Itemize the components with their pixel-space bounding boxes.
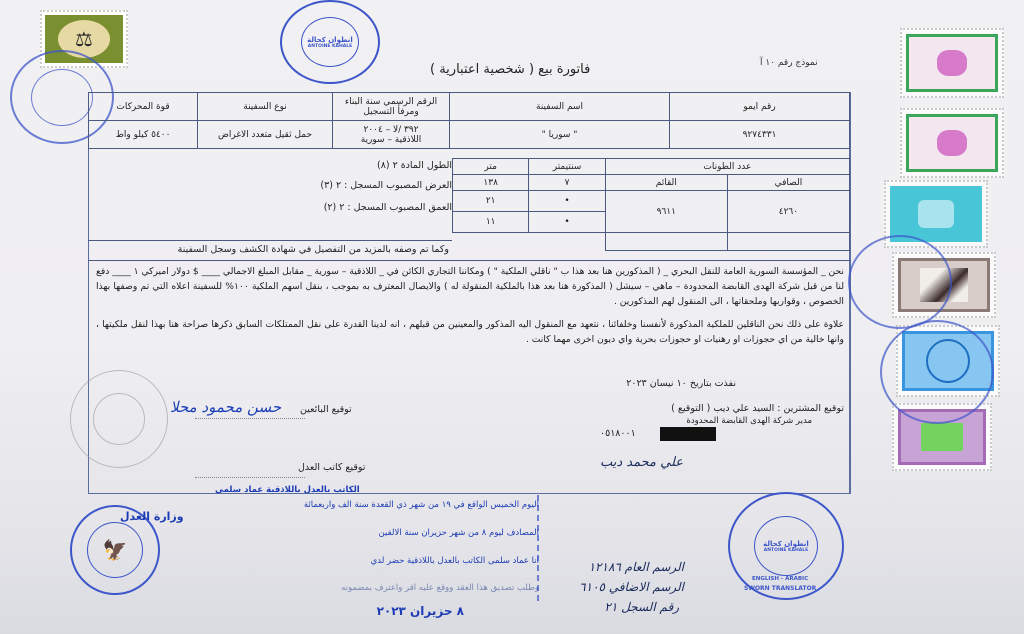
dim-cm-2: • [529,191,605,212]
court-line-2: المصادف ليوم ٨ من شهر حزيران سنة الالفين [379,528,539,538]
ministry-label: وزارة العدل [120,510,184,523]
emblem-icon [918,200,954,228]
tonnage-header: عدد الطونات [605,159,849,175]
buyer-title: مدير شركة الهدى القابضة المحدودة [686,416,812,426]
body-divider [88,260,850,261]
depth-label: العمق المصبوب المسجل : ٢ (٢) [324,202,452,213]
tonnage-dimensions-table: عدد الطونات سنتيمتر متر الصافي القائم ٧ … [452,158,850,251]
fee-general: الرسم العام ١٢١٨٦ [589,560,684,574]
translator-stamp-bottom: انطوان كحالة ANTOINE KAHALE SWORN TRANSL… [728,492,844,600]
header-ship-type: نوع السفينة [198,93,333,121]
buyer-handwritten-name: علي محمد ديب [600,455,683,470]
net-tonnage-value: ٤٢٦٠ [727,191,849,233]
eagle-emblem-icon: 🦅 [103,538,128,562]
notary-dotted-line [195,477,305,478]
map-icon [921,423,963,451]
signature-dotted-line [195,418,305,419]
transfer-paragraph: نحن _ المؤسسة السورية العامة للنقل البحر… [96,264,844,309]
translator-stamp-top: انطوان كحالة ANTOINE KAHALE [280,0,380,84]
execution-date: نفذت بتاريخ ١٠ نيسان ٢٠٢٣ [626,378,736,389]
fee-additional: الرسم الاضافي ٦١٠٥ [579,580,684,594]
dim-m-2: ٢١ [453,191,529,212]
dim-m-1: ١٣٨ [453,175,529,191]
gross-tonnage-value: ٩٦١١ [605,191,727,233]
more-details-note: وكما تم وصفه بالمزيد من التفصيل في شهادة… [178,244,449,255]
length-label: الطول المادة ٢ (٨) [377,160,452,171]
ministry-faded-seal [70,370,168,468]
seller-signature-label: توقيع البائعين [300,404,352,415]
dim-m-header: متر [453,159,529,175]
breadth-label: العرض المصبوب المسجل : ٢ (٣) [320,180,452,191]
dim-cm-3: • [529,212,605,233]
seller-handwritten-signature: حسن محمود محلا [170,398,281,416]
header-imo: رقم ايمو [670,93,850,121]
phone-partial: ٠٥١٨٠٠١ [600,428,636,439]
header-official-number: الرقم الرسمي سنة البناء ومرفأ التسجيل [333,93,450,121]
court-stamp-border [537,495,539,601]
court-line-5: ٨ حزيران ٢٠٢٣ [377,604,464,618]
redacted-box [660,427,716,441]
court-line-1: اليوم الخميس الواقع في ١٩ من شهر ذي القع… [304,500,539,510]
buyer-signature-label: توقيع المشترين : السيد علي ديب ( التوقيع… [671,403,844,414]
official-number-value: ٣٩٢ /لا – ٢٠٠٤اللاذقية – سورية [333,121,450,149]
document-title: فاتورة بيع ( شخصية اعتبارية ) [430,62,590,77]
court-notary-name: الكاتب بالعدل باللاذقية عماد سلمى [215,485,360,495]
cancellation-stamp-2 [880,320,994,424]
header-ship-name: اسم السفينة [450,93,670,121]
dim-cm-header: سنتيمتر [529,159,605,175]
cancellation-stamp-1 [848,235,952,329]
header-engine-power: قوة المحركات [89,93,198,121]
fiscal-stamp-pink-2 [900,108,1004,178]
notary-signature-label: توقيع كاتب العدل [298,462,365,473]
warranty-paragraph: علاوة على ذلك نحن الناقلين للملكية المذك… [96,317,844,347]
ship-type-value: حمل ثقيل متعدد الاغراض [198,121,333,149]
dim-cm-1: ٧ [529,175,605,191]
net-tonnage-label: الصافي [727,175,849,191]
dim-m-3: ١١ [453,212,529,233]
ship-name-value: " سوريا " [450,121,670,149]
gross-tonnage-label: القائم [605,175,727,191]
form-number: نموذج رقم ١٠ آ [760,58,818,68]
details-divider [88,240,452,241]
portrait-icon [937,130,967,156]
ship-info-table: رقم ايمو اسم السفينة الرقم الرسمي سنة ال… [88,92,850,149]
engine-power-value: ٥٤٠٠ كيلو واط [89,121,198,149]
portrait-icon [937,50,967,76]
fiscal-stamp-pink-1 [900,28,1004,98]
register-number: رقم السجل ٢١ [604,600,679,614]
imo-value: ٩٢٧٤٣٣١ [670,121,850,149]
court-line-4: وطلب تصديق هذا العقد ووقع عليه اقر واعتر… [341,583,539,593]
court-line-3: انا عماد سلمى الكاتب بالعدل باللاذقية حض… [371,556,539,566]
